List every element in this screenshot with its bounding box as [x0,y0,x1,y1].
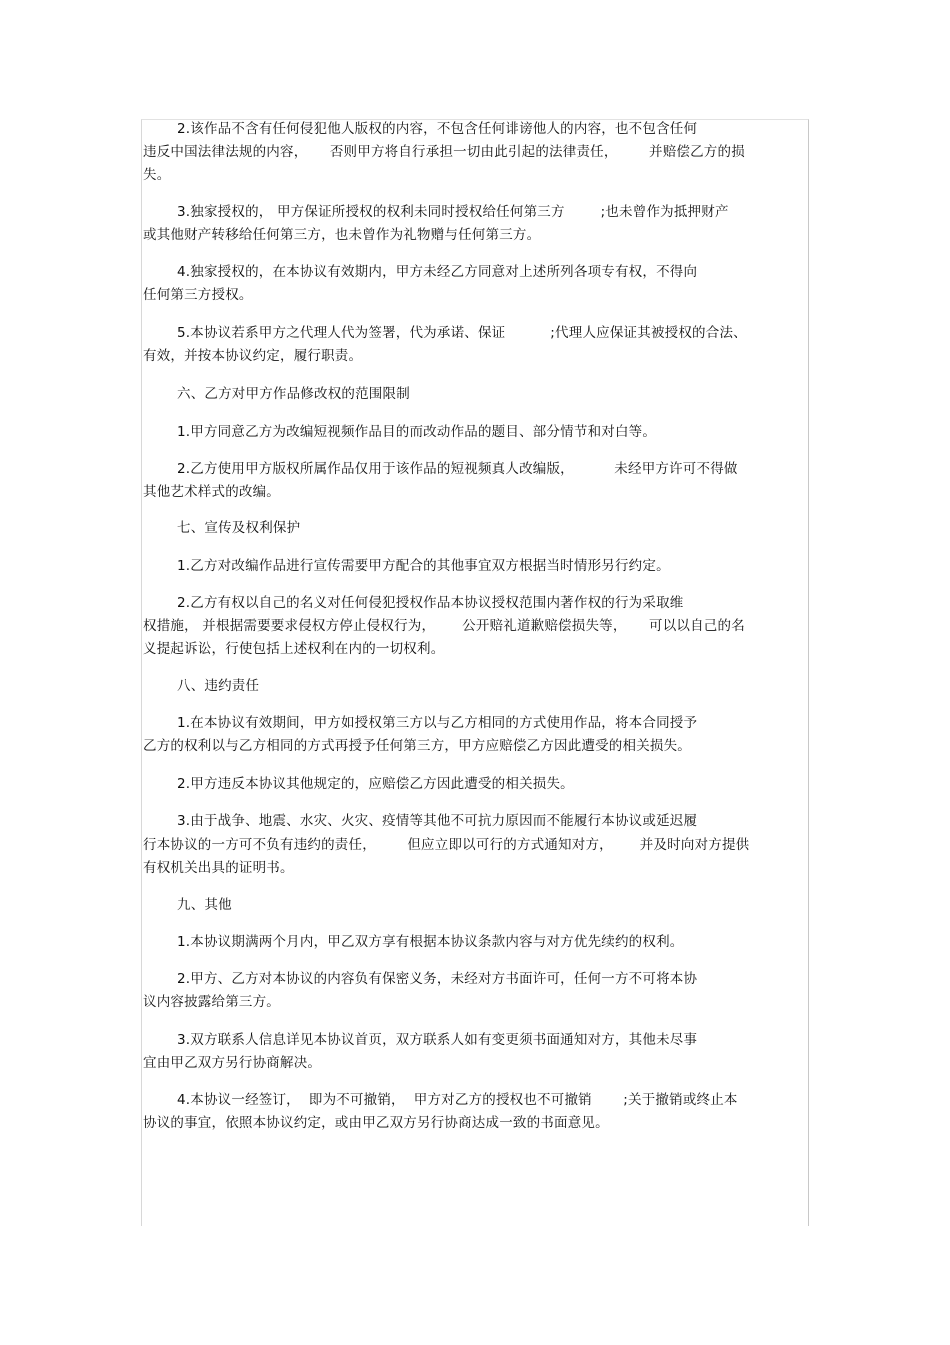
document-text-line: 权措施， 并根据需要要求侵权方停止侵权行为， 公开赔礼道歉赔偿损失等， 可以以自… [143,617,745,635]
document-text-line: 乙方的权利以与乙方相同的方式再授予任何第三方，甲方应赔偿乙方因此遭受的相关损失。 [143,737,691,755]
document-text-line: 失。 [143,166,170,184]
document-text-line: 1.乙方对改编作品进行宣传需要甲方配合的其他事宜双方根据当时情形另行约定。 [177,557,670,575]
document-text-line: 义提起诉讼，行使包括上述权利在内的一切权利。 [143,640,444,658]
document-text-line: 2.乙方有权以自己的名义对任何侵犯授权作品本协议授权范围内著作权的行为采取维 [177,594,683,612]
document-text-line: 任何第三方授权。 [143,286,253,304]
document-text-line: 4.本协议一经签订， 即为不可撤销， 甲方对乙方的授权也不可撤销 ;关于撤销或终… [177,1091,738,1109]
document-text-line: 其他艺术样式的改编。 [143,483,280,501]
document-text-line: 有权机关出具的证明书。 [143,859,294,877]
document-text-line: 违反中国法律法规的内容， 否则甲方将自行承担一切由此引起的法律责任， 并赔偿乙方… [143,143,745,161]
document-text-line: 2.甲方违反本协议其他规定的，应赔偿乙方因此遭受的相关损失。 [177,775,574,793]
document-text-line: 八、违约责任 [177,677,259,695]
document-text-line: 七、宣传及权利保护 [177,519,300,537]
document-text-line: 2.乙方使用甲方版权所属作品仅用于该作品的短视频真人改编版， 未经甲方许可不得做 [177,460,738,478]
document-text-line: 1.甲方同意乙方为改编短视频作品目的而改动作品的题目、部分情节和对白等。 [177,423,656,441]
document-text-line: 议内容披露给第三方。 [143,993,280,1011]
document-text-line: 九、其他 [177,896,232,914]
document-text-line: 1.在本协议有效期间，甲方如授权第三方以与乙方相同的方式使用作品，将本合同授予 [177,714,697,732]
document-text-line: 5.本协议若系甲方之代理人代为签署，代为承诺、保证 ;代理人应保证其被授权的合法… [177,324,747,342]
document-text-line: 有效，并按本协议约定，履行职责。 [143,347,362,365]
document-text-line: 或其他财产转移给任何第三方，也未曾作为礼物赠与任何第三方。 [143,226,540,244]
document-text-line: 2.该作品不含有任何侵犯他人版权的内容，不包含任何诽谤他人的内容，也不包含任何 [177,120,697,138]
document-text-line: 2.甲方、乙方对本协议的内容负有保密义务，未经对方书面许可，任何一方不可将本协 [177,970,697,988]
document-text-line: 协议的事宜，依照本协议约定，或由甲乙双方另行协商达成一致的书面意见。 [143,1114,609,1132]
document-text-line: 1.本协议期满两个月内，甲乙双方享有根据本协议条款内容与对方优先续约的权利。 [177,933,683,951]
document-text-line: 行本协议的一方可不负有违约的责任， 但应立即以可行的方式通知对方， 并及时向对方… [143,836,749,854]
document-text-line: 宜由甲乙双方另行协商解决。 [143,1054,321,1072]
document-text-line: 六、乙方对甲方作品修改权的范围限制 [177,385,410,403]
document-text-line: 3.由于战争、地震、水灾、火灾、疫情等其他不可抗力原因而不能履行本协议或延迟履 [177,812,697,830]
document-text-line: 4.独家授权的，在本协议有效期内，甲方未经乙方同意对上述所列各项专有权，不得向 [177,263,697,281]
document-text-line: 3.双方联系人信息详见本协议首页，双方联系人如有变更须书面通知对方，其他未尽事 [177,1031,697,1049]
document-text-line: 3.独家授权的， 甲方保证所授权的权利未同时授权给任何第三方 ;也未曾作为抵押财… [177,203,729,221]
